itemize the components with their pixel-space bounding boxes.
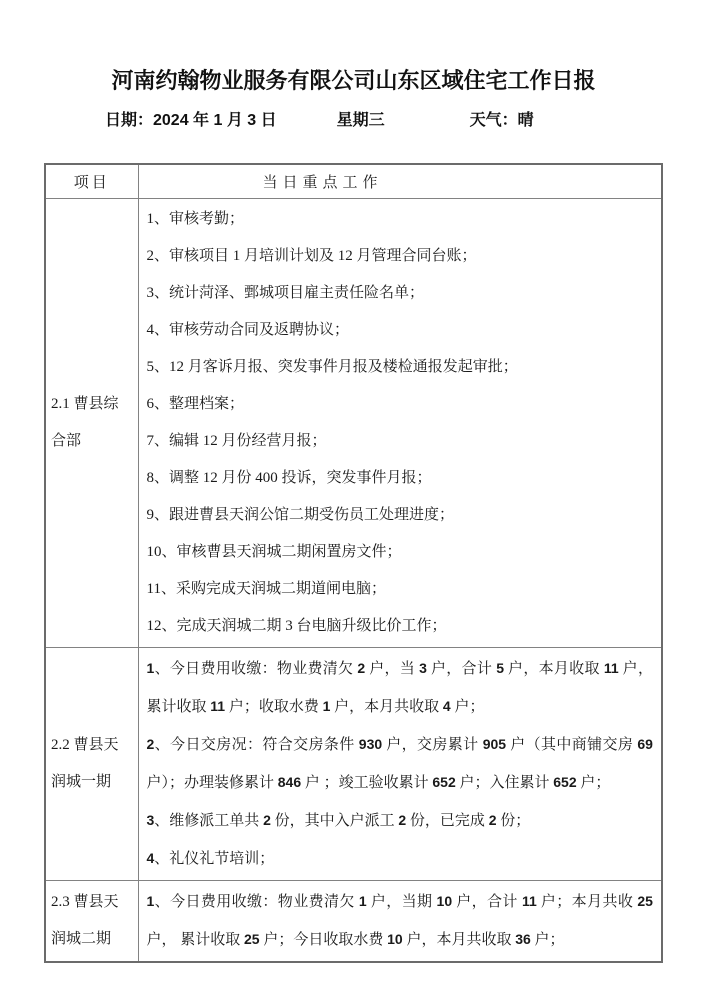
numeric-value: 1 bbox=[359, 893, 367, 909]
table-row: 2.1 曹县综合部1、审核考勤；2、审核项目 1 月培训计划及 12 月管理合同… bbox=[45, 198, 662, 647]
work-item: 1、审核考勤； bbox=[147, 201, 654, 238]
numeric-value: 25 bbox=[637, 893, 653, 909]
work-item: 3、维修派工单共 2 份，其中入户派工 2 份，已完成 2 份； bbox=[147, 802, 654, 840]
numeric-value: 652 bbox=[553, 774, 576, 790]
work-item: 5、12 月客诉月报、突发事件月报及楼检通报发起审批； bbox=[147, 349, 654, 386]
column-header-project: 项目 bbox=[45, 164, 138, 198]
work-cell: 1、今日费用收缴：物业费清欠 1 户，当期 10 户，合计 11 户；本月共收 … bbox=[138, 880, 662, 962]
work-item: 1、今日费用收缴：物业费清欠 2 户，当 3 户，合计 5 户，本月收取 11 … bbox=[147, 650, 654, 726]
numeric-value: 1 bbox=[147, 893, 155, 909]
work-cell: 1、审核考勤；2、审核项目 1 月培训计划及 12 月管理合同台账；3、统计菏泽… bbox=[138, 198, 662, 647]
numeric-value: 905 bbox=[483, 736, 506, 752]
column-header-work: 当日重点工作 bbox=[138, 164, 662, 198]
work-item: 3、统计菏泽、鄄城项目雇主责任险名单； bbox=[147, 275, 654, 312]
numeric-value: 652 bbox=[432, 774, 455, 790]
work-item: 2、审核项目 1 月培训计划及 12 月管理合同台账； bbox=[147, 238, 654, 275]
project-cell: 2.2 曹县天润城一期 bbox=[45, 647, 138, 880]
numeric-value: 3 bbox=[147, 812, 155, 828]
report-weather: 天气：晴 bbox=[470, 112, 534, 129]
report-date: 日期：2024 年 1 月 3 日 bbox=[105, 112, 277, 129]
table-row: 2.3 曹县天润城二期1、今日费用收缴：物业费清欠 1 户，当期 10 户，合计… bbox=[45, 880, 662, 962]
numeric-value: 11 bbox=[210, 698, 225, 714]
work-item: 1、今日费用收缴：物业费清欠 1 户，当期 10 户，合计 11 户；本月共收 … bbox=[147, 883, 654, 959]
numeric-value: 3 bbox=[419, 660, 427, 676]
project-cell: 2.3 曹县天润城二期 bbox=[45, 880, 138, 962]
numeric-value: 846 bbox=[278, 774, 301, 790]
numeric-value: 2 bbox=[357, 660, 365, 676]
page-title: 河南约翰物业服务有限公司山东区域住宅工作日报 bbox=[44, 64, 663, 97]
work-item: 9、跟进曹县天润公馆二期受伤员工处理进度； bbox=[147, 497, 654, 534]
numeric-value: 2 bbox=[489, 812, 497, 828]
work-item: 12、完成天润城二期 3 台电脑升级比价工作； bbox=[147, 608, 654, 645]
numeric-value: 4 bbox=[443, 698, 451, 714]
work-item: 2、今日交房况：符合交房条件 930 户，交房累计 905 户（其中商铺交房 6… bbox=[147, 726, 654, 802]
numeric-value: 36 bbox=[515, 931, 531, 947]
document-page: 河南约翰物业服务有限公司山东区域住宅工作日报 日期：2024 年 1 月 3 日… bbox=[0, 0, 707, 999]
numeric-value: 11 bbox=[604, 660, 619, 676]
table-header: 项目 当日重点工作 bbox=[45, 164, 662, 198]
work-item: 4、礼仪礼节培训； bbox=[147, 840, 654, 878]
numeric-value: 1 bbox=[147, 660, 155, 676]
work-item: 8、调整 12 月份 400 投诉，突发事件月报； bbox=[147, 460, 654, 497]
numeric-value: 69 bbox=[637, 736, 653, 752]
work-item: 7、编辑 12 月份经营月报； bbox=[147, 423, 654, 460]
numeric-value: 11 bbox=[522, 893, 537, 909]
work-item: 4、审核劳动合同及返聘协议； bbox=[147, 312, 654, 349]
numeric-value: 930 bbox=[359, 736, 382, 752]
work-item: 10、审核曹县天润城二期闲置房文件； bbox=[147, 534, 654, 571]
report-meta: 日期：2024 年 1 月 3 日星期三天气：晴 bbox=[44, 108, 663, 133]
numeric-value: 5 bbox=[496, 660, 504, 676]
table-row: 2.2 曹县天润城一期1、今日费用收缴：物业费清欠 2 户，当 3 户，合计 5… bbox=[45, 647, 662, 880]
work-item: 6、整理档案； bbox=[147, 386, 654, 423]
table-body: 2.1 曹县综合部1、审核考勤；2、审核项目 1 月培训计划及 12 月管理合同… bbox=[45, 198, 662, 962]
header-row: 项目 当日重点工作 bbox=[45, 164, 662, 198]
numeric-value: 2 bbox=[263, 812, 271, 828]
project-cell: 2.1 曹县综合部 bbox=[45, 198, 138, 647]
numeric-value: 2 bbox=[147, 736, 155, 752]
numeric-value: 2 bbox=[398, 812, 406, 828]
numeric-value: 4 bbox=[147, 850, 155, 866]
numeric-value: 1 bbox=[323, 698, 331, 714]
work-cell: 1、今日费用收缴：物业费清欠 2 户，当 3 户，合计 5 户，本月收取 11 … bbox=[138, 647, 662, 880]
numeric-value: 10 bbox=[387, 931, 403, 947]
numeric-value: 25 bbox=[244, 931, 260, 947]
daily-work-table: 项目 当日重点工作 2.1 曹县综合部1、审核考勤；2、审核项目 1 月培训计划… bbox=[44, 163, 663, 963]
work-item: 11、采购完成天润城二期道闸电脑； bbox=[147, 571, 654, 608]
numeric-value: 10 bbox=[437, 893, 453, 909]
report-weekday: 星期三 bbox=[337, 112, 385, 129]
